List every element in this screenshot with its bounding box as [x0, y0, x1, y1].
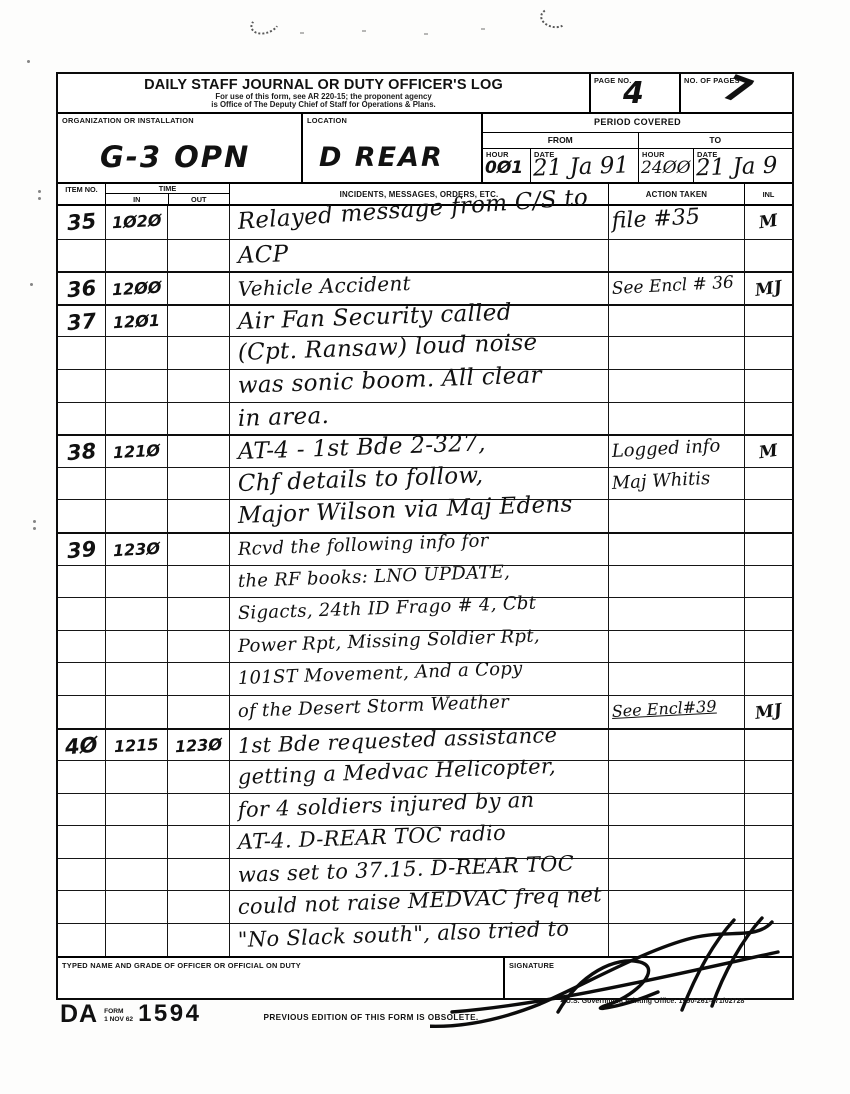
cell-item-no [58, 826, 106, 858]
period-covered-cell: PERIOD COVERED FROM TO HOUR 0Ø1 DATE 21 … [481, 114, 792, 182]
cell-initials [745, 631, 792, 663]
journal-rows: 35 1Ø2Ø Relayed message from C/S to file… [58, 206, 792, 956]
cell-incident: ACP [230, 240, 609, 272]
col-time-in: IN [106, 194, 168, 204]
scan-dot [30, 283, 33, 286]
cell-action-taken [609, 370, 745, 402]
cell-item-no [58, 924, 106, 956]
cell-initials: M [745, 436, 792, 468]
cell-item-no [58, 403, 106, 435]
cell-action-taken: See Encl # 36 [609, 273, 745, 305]
cell-time-out [168, 924, 230, 956]
location-label: LOCATION [307, 116, 477, 125]
cell-item-no [58, 696, 106, 728]
cell-time-in [106, 500, 168, 532]
from-date-value: 21 Ja 91 [533, 152, 630, 181]
journal-row: "No Slack south", also tried to [58, 923, 792, 956]
to-date-value: 21 Ja 9 [696, 153, 778, 182]
cell-time-in [106, 794, 168, 826]
cell-initials [745, 240, 792, 272]
cell-initials [745, 566, 792, 598]
scan-speck [362, 30, 366, 32]
cell-item-no: 4Ø [58, 730, 106, 762]
cell-action-taken [609, 794, 745, 826]
cell-action-taken [609, 500, 745, 532]
cell-time-in [106, 403, 168, 435]
journal-row: 35 1Ø2Ø Relayed message from C/S to file… [58, 206, 792, 239]
cell-action-taken [609, 761, 745, 793]
cell-time-out [168, 534, 230, 566]
scan-speck [481, 28, 485, 30]
cell-incident: "No Slack south", also tried to [230, 924, 609, 956]
cell-item-no [58, 240, 106, 272]
period-covered-label: PERIOD COVERED [483, 114, 792, 133]
cell-item-no [58, 794, 106, 826]
cell-time-out [168, 240, 230, 272]
cell-time-out [168, 500, 230, 532]
cell-time-out [168, 663, 230, 695]
form-date: 1 NOV 62 [104, 1016, 133, 1023]
cell-item-no [58, 500, 106, 532]
cell-action-taken [609, 337, 745, 369]
cell-time-out [168, 631, 230, 663]
scan-smudge [248, 10, 283, 38]
cell-time-in: 1Ø2Ø [106, 206, 168, 239]
cell-action-taken [609, 859, 745, 891]
organization-cell: ORGANIZATION OR INSTALLATION G-3 OPN [58, 114, 301, 182]
cell-time-in: 123Ø [106, 534, 168, 566]
cell-time-in [106, 696, 168, 728]
organization-label: ORGANIZATION OR INSTALLATION [62, 116, 297, 125]
cell-action-taken [609, 631, 745, 663]
org-location-period-band: ORGANIZATION OR INSTALLATION G-3 OPN LOC… [58, 114, 792, 184]
cell-item-no [58, 631, 106, 663]
cell-time-in [106, 924, 168, 956]
cell-time-out [168, 370, 230, 402]
cell-initials [745, 826, 792, 858]
cell-initials [745, 370, 792, 402]
hour-date-band: HOUR 0Ø1 DATE 21 Ja 91 HOUR 24ØØ DATE 21… [483, 149, 792, 182]
cell-time-in [106, 240, 168, 272]
cell-initials [745, 306, 792, 338]
title-cell: DAILY STAFF JOURNAL OR DUTY OFFICER'S LO… [58, 74, 589, 112]
cell-time-in: 12Ø1 [106, 306, 168, 338]
cell-time-in [106, 663, 168, 695]
cell-action-taken [609, 534, 745, 566]
form-header: DAILY STAFF JOURNAL OR DUTY OFFICER'S LO… [58, 74, 792, 114]
organization-value: G-3 OPN [100, 140, 250, 174]
cell-initials: MJ [745, 273, 792, 305]
cell-time-in [106, 826, 168, 858]
cell-time-out [168, 891, 230, 923]
scan-dot [33, 520, 36, 523]
cell-time-in: 121Ø [106, 436, 168, 468]
form-subtitle-line2: is Office of The Deputy Chief of Staff f… [58, 101, 589, 109]
form-title: DAILY STAFF JOURNAL OR DUTY OFFICER'S LO… [58, 77, 589, 93]
period-from-label: FROM [483, 133, 638, 148]
col-action-taken: ACTION TAKEN [609, 184, 745, 204]
cell-action-taken [609, 403, 745, 435]
cell-item-no: 37 [58, 306, 106, 338]
da-prefix: DA [60, 1002, 98, 1027]
cell-time-in: 12ØØ [106, 273, 168, 305]
cell-initials: MJ [745, 696, 792, 728]
scan-dot [38, 197, 41, 200]
cell-action-taken: file #35 [609, 206, 745, 239]
da-form-1594: DAILY STAFF JOURNAL OR DUTY OFFICER'S LO… [56, 72, 794, 1000]
cell-time-out [168, 436, 230, 468]
cell-initials [745, 598, 792, 630]
cell-initials [745, 468, 792, 500]
to-hour-value: 24ØØ [641, 158, 691, 178]
cell-action-taken [609, 730, 745, 762]
form-edition: FORM 1 NOV 62 [104, 1008, 133, 1023]
cell-initials [745, 891, 792, 923]
cell-time-in [106, 370, 168, 402]
cell-item-no [58, 598, 106, 630]
cell-action-taken [609, 924, 745, 956]
scan-dot [27, 60, 30, 63]
form-id-line: DA FORM 1 NOV 62 1594 PREVIOUS EDITION O… [60, 1002, 479, 1027]
cell-initials [745, 794, 792, 826]
cell-item-no [58, 566, 106, 598]
col-initials: INL [745, 184, 792, 204]
typed-name-label: TYPED NAME AND GRADE OF OFFICER OR OFFIC… [62, 961, 499, 970]
scan-dot [33, 527, 36, 530]
col-time-out: OUT [168, 194, 230, 204]
form-number: 1594 [138, 1002, 201, 1026]
cell-time-out [168, 403, 230, 435]
cell-time-out [168, 306, 230, 338]
cell-time-in [106, 631, 168, 663]
cell-action-taken [609, 826, 745, 858]
cell-incident: was sonic boom. All clear [230, 370, 609, 402]
cell-initials [745, 730, 792, 762]
location-cell: LOCATION D REAR [301, 114, 481, 182]
cell-item-no [58, 337, 106, 369]
cell-time-out [168, 206, 230, 239]
journal-row: was sonic boom. All clear [58, 369, 792, 402]
typed-name-cell: TYPED NAME AND GRADE OF OFFICER OR OFFIC… [58, 958, 503, 998]
cell-time-out [168, 273, 230, 305]
col-time-label: TIME [106, 184, 229, 194]
cell-initials: M [745, 206, 792, 239]
cell-item-no [58, 370, 106, 402]
cell-time-in [106, 468, 168, 500]
cell-time-in [106, 859, 168, 891]
cell-initials [745, 337, 792, 369]
cell-initials [745, 663, 792, 695]
from-hour-value: 0Ø1 [485, 158, 523, 178]
from-to-band: FROM TO [483, 133, 792, 149]
from-hour-cell: HOUR 0Ø1 [483, 149, 530, 182]
cell-item-no: 38 [58, 436, 106, 468]
page-no-value: 4 [623, 76, 644, 111]
period-to-label: TO [638, 133, 793, 148]
cell-time-in [106, 566, 168, 598]
cell-time-out [168, 468, 230, 500]
to-date-cell: DATE 21 Ja 9 [693, 149, 794, 182]
cell-time-out [168, 826, 230, 858]
cell-time-in [106, 891, 168, 923]
cell-time-in [106, 761, 168, 793]
gpo-print-line: ✱U.S. Government Printing Office: 1990-2… [560, 997, 744, 1005]
cell-action-taken: See Encl#39 [609, 696, 745, 728]
form-word: FORM [104, 1008, 123, 1015]
cell-action-taken [609, 598, 745, 630]
cell-initials [745, 761, 792, 793]
col-time: TIME IN OUT [106, 184, 230, 204]
cell-time-out [168, 337, 230, 369]
cell-time-out [168, 761, 230, 793]
cell-action-taken [609, 306, 745, 338]
cell-action-taken [609, 663, 745, 695]
location-value: D REAR [319, 142, 444, 173]
cell-item-no [58, 891, 106, 923]
cell-item-no [58, 663, 106, 695]
cell-initials [745, 859, 792, 891]
cell-item-no: 35 [58, 206, 106, 239]
page-no-cell: PAGE NO. 4 [589, 74, 679, 112]
cell-initials [745, 500, 792, 532]
cell-time-out [168, 598, 230, 630]
signature-row: TYPED NAME AND GRADE OF OFFICER OR OFFIC… [58, 956, 792, 998]
cell-action-taken: Maj Whitis [609, 468, 745, 500]
cell-item-no [58, 468, 106, 500]
cell-item-no: 36 [58, 273, 106, 305]
journal-row: ACP [58, 239, 792, 272]
obsolete-note: PREVIOUS EDITION OF THIS FORM IS OBSOLET… [263, 1013, 478, 1022]
cell-time-out: 123Ø [168, 730, 230, 762]
cell-item-no [58, 859, 106, 891]
to-hour-cell: HOUR 24ØØ [638, 149, 693, 182]
cell-item-no [58, 761, 106, 793]
cell-initials [745, 924, 792, 956]
cell-action-taken: Logged info [609, 436, 745, 468]
signature-cell: SIGNATURE [503, 958, 792, 998]
cell-action-taken [609, 891, 745, 923]
cell-time-out [168, 794, 230, 826]
col-item-no: ITEM NO. [58, 184, 106, 204]
cell-time-in [106, 598, 168, 630]
signature-label: SIGNATURE [509, 961, 788, 970]
scan-dot [38, 190, 41, 193]
scan-speck [300, 32, 304, 34]
scanned-document-page: DAILY STAFF JOURNAL OR DUTY OFFICER'S LO… [0, 0, 850, 1094]
cell-incident: Relayed message from C/S to [230, 206, 609, 239]
cell-time-out [168, 566, 230, 598]
no-of-pages-cell: NO. OF PAGES 7 [679, 74, 790, 112]
cell-initials [745, 403, 792, 435]
scan-smudge [538, 5, 570, 30]
cell-time-in: 1215 [106, 730, 168, 762]
no-of-pages-value: 7 [719, 67, 757, 114]
cell-time-out [168, 696, 230, 728]
cell-item-no: 39 [58, 534, 106, 566]
cell-time-out [168, 859, 230, 891]
cell-time-in [106, 337, 168, 369]
from-date-cell: DATE 21 Ja 91 [530, 149, 638, 182]
scan-speck [424, 33, 428, 35]
cell-initials [745, 534, 792, 566]
cell-action-taken [609, 566, 745, 598]
